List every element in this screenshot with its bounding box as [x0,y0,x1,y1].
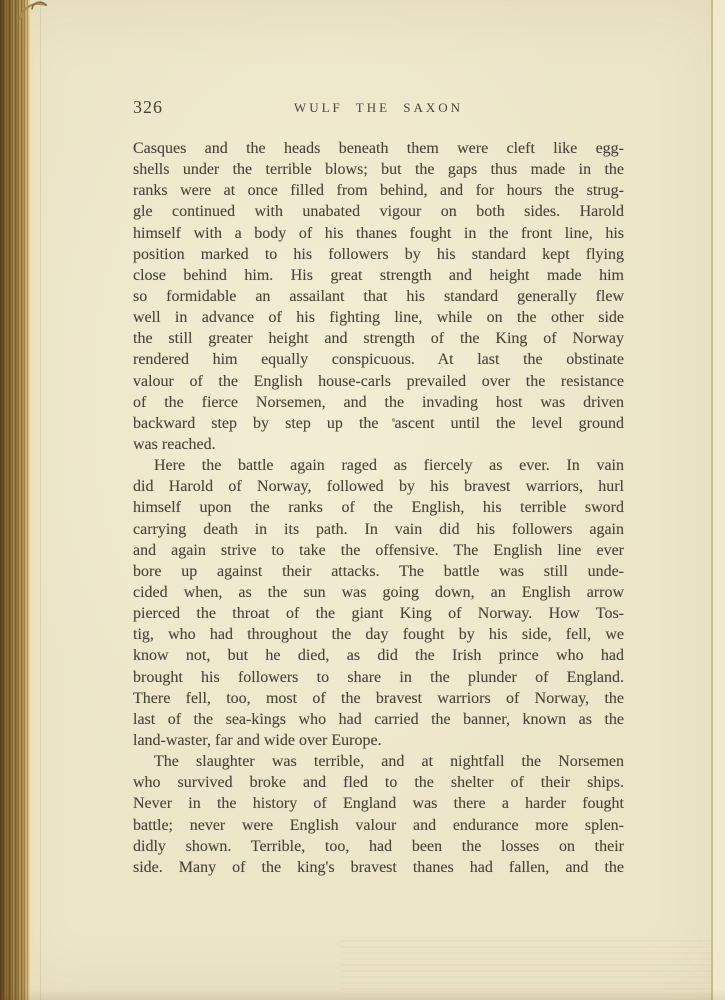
print-speck [392,418,395,422]
text-line: ranks were at once filled from behind, a… [133,180,624,201]
text-line: bore up against their attacks. The battl… [133,561,624,582]
scan-streaks [340,940,725,995]
text-line: tig, who had throughout the day fought b… [133,624,624,645]
text-line: gle continued with unabated vigour on bo… [133,201,624,222]
text-line: shells under the terrible blows; but the… [133,159,624,180]
text-line: close behind him. His great strength and… [133,265,624,286]
text-line: land-waster, far and wide over Europe. [133,730,624,751]
text-line: valour of the English house-carls prevai… [133,371,624,392]
text-line: so formidable an assailant that his stan… [133,286,624,307]
text-line: position marked to his followers by his … [133,244,624,265]
text-line: side. Many of the king's bravest thanes … [133,857,624,878]
text-line: brought his followers to share in the pl… [133,667,624,688]
page-edge-line [40,0,41,1000]
text-line: himself upon the ranks of the English, h… [133,497,624,518]
text-line: carrying death in its path. In vain did … [133,519,624,540]
running-title: WULF THE SAXON [133,99,624,117]
text-line: Casques and the heads beneath them were … [133,138,624,159]
binding-thread [6,0,58,24]
text-line: did Harold of Norway, followed by his br… [133,476,624,497]
bottom-shadow [0,990,725,1000]
text-line: know not, but he died, as did the Irish … [133,645,624,666]
text-line: pierced the throat of the giant King of … [133,603,624,624]
text-line: who survived broke and fled to the shelt… [133,772,624,793]
text-line: of the fierce Norsemen, and the invading… [133,392,624,413]
text-line: didly shown. Terrible, too, had been the… [133,836,624,857]
text-line: himself with a body of his thanes fought… [133,223,624,244]
text-line: Never in the history of England was ther… [133,793,624,814]
text-line: There fell, too, most of the bravest war… [133,688,624,709]
text-line: Here the battle again raged as fiercely … [133,455,624,476]
paragraph: Casques and the heads beneath them were … [133,138,624,455]
text-line: last of the sea-kings who had carried th… [133,709,624,730]
paragraph: The slaughter was terrible, and at night… [133,751,624,878]
book-binding-edge [0,0,30,1000]
paragraph: Here the battle again raged as fiercely … [133,455,624,751]
text-line: battle; never were English valour and en… [133,815,624,836]
text-line: backward step by step up the ascent unti… [133,413,624,434]
book-page: 326 WULF THE SAXON Casques and the heads… [0,0,725,1000]
text-line: the still greater height and strength of… [133,328,624,349]
text-line: rendered him equally conspicuous. At las… [133,349,624,370]
text-line: The slaughter was terrible, and at night… [133,751,624,772]
running-header: 326 WULF THE SAXON [133,96,624,118]
text-line: and again strive to take the offensive. … [133,540,624,561]
text-line: was reached. [133,434,624,455]
binding-highlight [30,0,34,1000]
text-line: cided when, as the sun was going down, a… [133,582,624,603]
page-right-strip [713,0,725,1000]
body-text: Casques and the heads beneath them were … [133,138,624,878]
text-line: well in advance of his fighting line, wh… [133,307,624,328]
